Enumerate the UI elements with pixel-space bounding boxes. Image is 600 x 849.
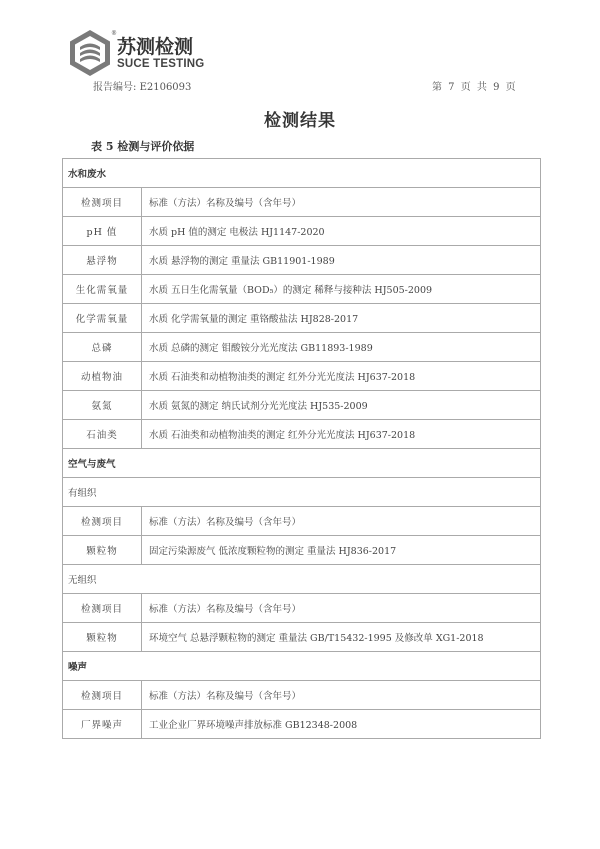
table-caption: 表 5 检测与评价依据: [91, 138, 194, 154]
section-row-water: 水和废水: [63, 159, 541, 188]
item-cell: 生化需氧量: [63, 275, 142, 304]
standard-cell: 水质 石油类和动植物油类的测定 红外分光光度法 HJ637-2018: [142, 362, 541, 391]
column-header-standard: 标准（方法）名称及编号（含年号）: [142, 681, 541, 710]
report-number: 报告编号: E2106093: [93, 78, 191, 93]
standard-cell: 水质 石油类和动植物油类的测定 红外分光光度法 HJ637-2018: [142, 420, 541, 449]
subsection-title: 无组织: [63, 565, 541, 594]
column-header-item: 检测项目: [63, 594, 142, 623]
column-header-item: 检测项目: [63, 681, 142, 710]
item-cell: 颗粒物: [63, 536, 142, 565]
item-cell: 动植物油: [63, 362, 142, 391]
table-row: 颗粒物 环境空气 总悬浮颗粒物的测定 重量法 GB/T15432-1995 及修…: [63, 623, 541, 652]
section-title: 空气与废气: [63, 449, 541, 478]
section-row-air: 空气与废气: [63, 449, 541, 478]
subsection-row-organized: 有组织: [63, 478, 541, 507]
standard-cell: 水质 悬浮物的测定 重量法 GB11901-1989: [142, 246, 541, 275]
column-header-item: 检测项目: [63, 188, 142, 217]
report-number-label: 报告编号:: [93, 82, 136, 93]
standard-cell: 环境空气 总悬浮颗粒物的测定 重量法 GB/T15432-1995 及修改单 X…: [142, 623, 541, 652]
standard-cell: 固定污染源废气 低浓度颗粒物的测定 重量法 HJ836-2017: [142, 536, 541, 565]
testing-basis-table: 水和废水 检测项目 标准（方法）名称及编号（含年号） pH 值 水质 pH 值的…: [62, 158, 541, 739]
column-header-standard: 标准（方法）名称及编号（含年号）: [142, 594, 541, 623]
item-cell: 石油类: [63, 420, 142, 449]
table-row: 生化需氧量 水质 五日生化需氧量（BOD₅）的测定 稀释与接种法 HJ505-2…: [63, 275, 541, 304]
table-row: 颗粒物 固定污染源废气 低浓度颗粒物的测定 重量法 HJ836-2017: [63, 536, 541, 565]
page-indicator: 第 7 页 共 9 页: [432, 78, 516, 93]
item-cell: 厂界噪声: [63, 710, 142, 739]
table-row: 厂界噪声 工业企业厂界环境噪声排放标准 GB12348-2008: [63, 710, 541, 739]
standard-cell: 水质 氨氮的测定 纳氏试剂分光光度法 HJ535-2009: [142, 391, 541, 420]
standard-cell: 水质 五日生化需氧量（BOD₅）的测定 稀释与接种法 HJ505-2009: [142, 275, 541, 304]
hexagon-logo-icon: [67, 28, 113, 78]
table-header-row: 检测项目 标准（方法）名称及编号（含年号）: [63, 681, 541, 710]
subsection-row-unorganized: 无组织: [63, 565, 541, 594]
column-header-item: 检测项目: [63, 507, 142, 536]
page-title: 检测结果: [0, 106, 600, 131]
registered-mark: ®: [111, 30, 117, 37]
section-title: 噪声: [63, 652, 541, 681]
subsection-title: 有组织: [63, 478, 541, 507]
standard-cell: 工业企业厂界环境噪声排放标准 GB12348-2008: [142, 710, 541, 739]
item-cell: 总磷: [63, 333, 142, 362]
table-row: 悬浮物 水质 悬浮物的测定 重量法 GB11901-1989: [63, 246, 541, 275]
item-cell: 悬浮物: [63, 246, 142, 275]
table-row: 化学需氧量 水质 化学需氧量的测定 重铬酸盐法 HJ828-2017: [63, 304, 541, 333]
column-header-standard: 标准（方法）名称及编号（含年号）: [142, 188, 541, 217]
logo-wordmark: ® 苏测检测 SUCE TESTING: [117, 36, 204, 71]
company-logo: ® 苏测检测 SUCE TESTING: [67, 28, 204, 78]
item-cell: pH 值: [63, 217, 142, 246]
logo-english-name: SUCE TESTING: [117, 58, 204, 71]
table-row: 动植物油 水质 石油类和动植物油类的测定 红外分光光度法 HJ637-2018: [63, 362, 541, 391]
table-row: pH 值 水质 pH 值的测定 电极法 HJ1147-2020: [63, 217, 541, 246]
table-row: 总磷 水质 总磷的测定 钼酸铵分光光度法 GB11893-1989: [63, 333, 541, 362]
section-title: 水和废水: [63, 159, 541, 188]
column-header-standard: 标准（方法）名称及编号（含年号）: [142, 507, 541, 536]
table-header-row: 检测项目 标准（方法）名称及编号（含年号）: [63, 188, 541, 217]
item-cell: 氨氮: [63, 391, 142, 420]
table-header-row: 检测项目 标准（方法）名称及编号（含年号）: [63, 507, 541, 536]
standard-cell: 水质 总磷的测定 钼酸铵分光光度法 GB11893-1989: [142, 333, 541, 362]
section-row-noise: 噪声: [63, 652, 541, 681]
standard-cell: 水质 化学需氧量的测定 重铬酸盐法 HJ828-2017: [142, 304, 541, 333]
report-number-value: E2106093: [140, 82, 192, 93]
table-header-row: 检测项目 标准（方法）名称及编号（含年号）: [63, 594, 541, 623]
item-cell: 颗粒物: [63, 623, 142, 652]
logo-chinese-name: 苏测检测: [117, 36, 204, 58]
table-row: 石油类 水质 石油类和动植物油类的测定 红外分光光度法 HJ637-2018: [63, 420, 541, 449]
standard-cell: 水质 pH 值的测定 电极法 HJ1147-2020: [142, 217, 541, 246]
table-row: 氨氮 水质 氨氮的测定 纳氏试剂分光光度法 HJ535-2009: [63, 391, 541, 420]
item-cell: 化学需氧量: [63, 304, 142, 333]
